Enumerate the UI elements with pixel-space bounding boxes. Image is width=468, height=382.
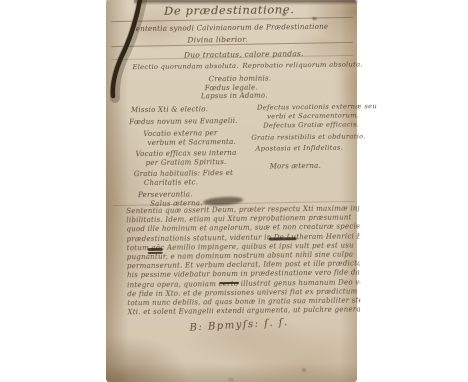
scheme-right-item: Mors æterna.	[270, 162, 321, 171]
section-heading: Duo tractatus, calore pandas.	[118, 48, 369, 60]
scheme-left-item: Vocatio externa per	[143, 129, 217, 138]
scheme-right-item: Defectus vocationis externæ seu	[257, 102, 377, 111]
scheme-left-item: Charitatis etc.	[144, 178, 198, 187]
scheme-right-item: verbi et Sacramentorum.	[267, 111, 359, 120]
ink-speck	[312, 17, 317, 20]
scheme-left-item: Perseverantia.	[138, 190, 193, 199]
scheme-center-item: Lapsus in Adamo.	[201, 92, 268, 101]
photo-backdrop: De prædestinatione. Sententia synodi Cal…	[0, 0, 468, 382]
scheme-left-item: per Gratiam Spiritus.	[146, 158, 227, 167]
scheme-right-item: Apostasia et Infidelitas.	[255, 144, 343, 153]
ink-speck	[282, 13, 286, 16]
scheme-left-item: Gratia habitualis: Fides et	[134, 169, 233, 178]
page-curl	[106, 0, 154, 110]
scheme-right-item: Defectus Gratiæ efficacis.	[263, 120, 359, 129]
strikethrough-mark	[148, 248, 163, 251]
scheme-left-item: Vocatio efficax seu interna	[135, 149, 236, 158]
page-top-edge-shadow	[134, 0, 357, 5]
scheme-right-item: Gratia resistibilis et obduratio.	[251, 132, 365, 141]
scheme-left-item: Fœdus novum seu Evangelii.	[129, 117, 238, 126]
scheme-left-item: verbum et Sacramenta.	[147, 138, 236, 147]
ink-speck	[228, 378, 234, 381]
manuscript-page: De prædestinatione. Sententia synodi Cal…	[106, 0, 357, 382]
ink-speck	[302, 368, 306, 372]
scheme-right-head: Reprobatio reliquorum absoluta.	[242, 60, 362, 69]
scheme-center-item: Creatio hominis.	[209, 75, 272, 84]
strikethrough-mark	[148, 252, 163, 254]
main-paragraph: Sententia quæ asserit Deum, præter respe…	[126, 204, 360, 319]
strikethrough-mark	[219, 282, 239, 284]
strikethrough-mark	[269, 237, 297, 240]
ink-smudge	[203, 196, 243, 207]
